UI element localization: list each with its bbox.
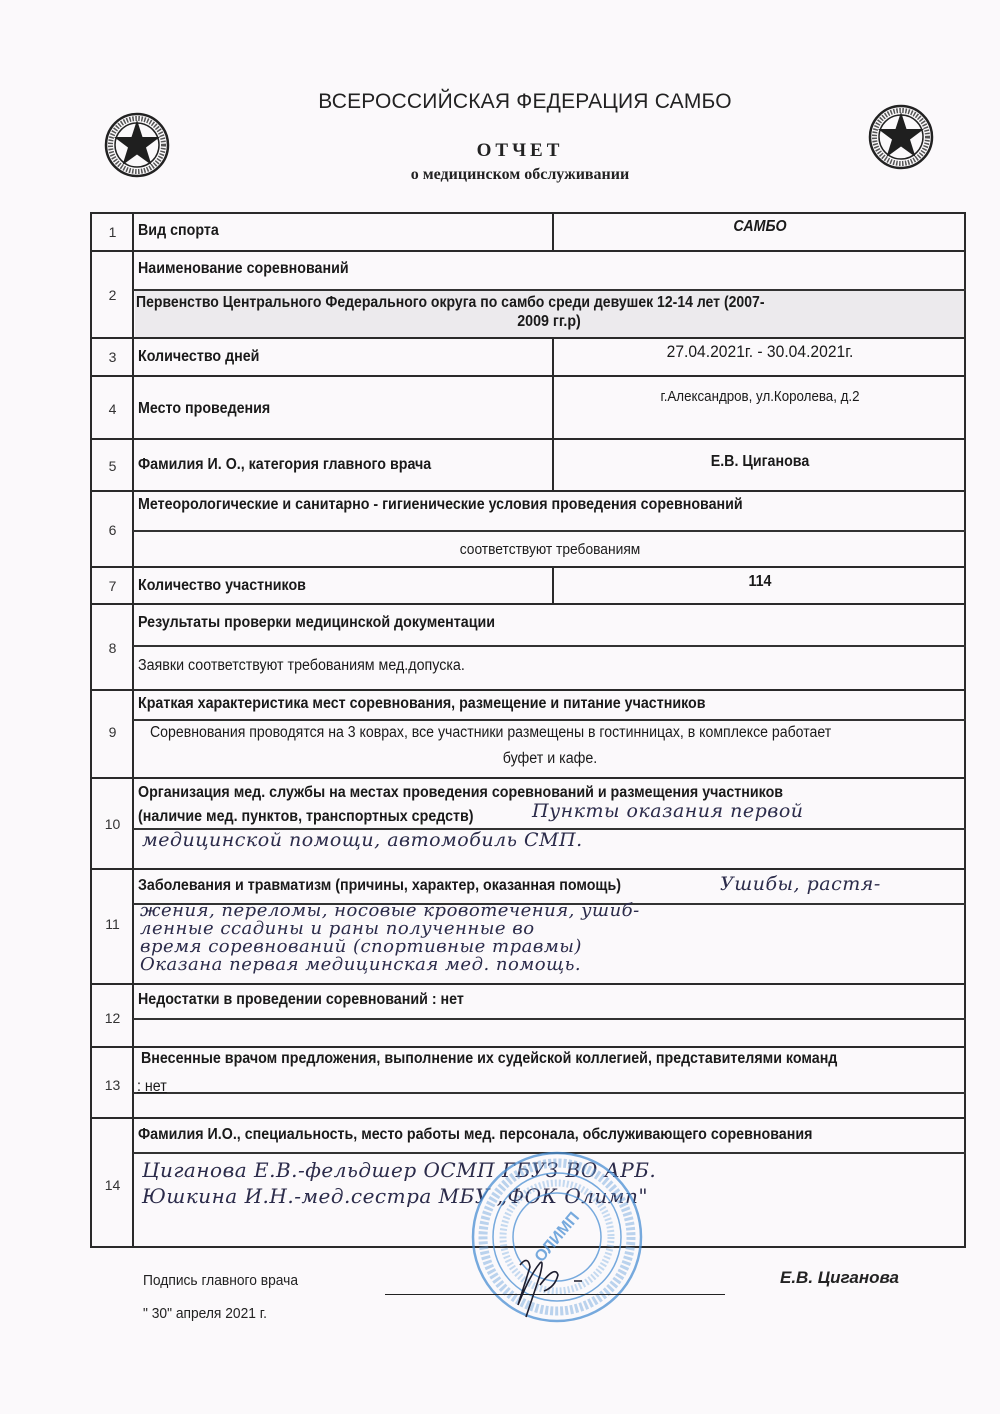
row-label-sport: Вид спорта (138, 222, 219, 240)
row-number: 8 (92, 640, 133, 656)
row-label-proposals: Внесенные врачом предложения, выполнение… (141, 1050, 837, 1068)
row-divider (90, 603, 966, 605)
row-label-venue: Место проведения (138, 400, 270, 418)
row-divider (90, 983, 966, 985)
dates-value: 27.04.2021г. - 30.04.2021г. (570, 342, 949, 362)
subrow-divider (133, 719, 966, 721)
row-label-shortcomings: Недостатки в проведении соревнований : н… (138, 991, 464, 1009)
row-divider (90, 490, 966, 492)
row-label-conditions: Метеорологические и санитарно - гигиенич… (138, 496, 743, 514)
row-number: 7 (92, 578, 133, 594)
report-date: " 30" апреля 2021 г. (143, 1305, 267, 1322)
row-divider (90, 1117, 966, 1119)
handwritten-injuries-5: Оказана первая медицинская мед. помощь. (140, 954, 581, 975)
signature-label: Подпись главного врача (143, 1272, 298, 1289)
row-label-med-staff: Фамилия И.О., специальность, место работ… (138, 1126, 812, 1144)
row-number: 14 (92, 1177, 133, 1193)
row-number: 6 (92, 522, 133, 538)
handwritten-med-service-1: Пункты оказания первой (532, 800, 804, 822)
row-number: 5 (92, 458, 133, 474)
handwritten-med-service-2: медицинской помощи, автомобиль СМП. (142, 829, 583, 851)
star-emblem-icon (868, 104, 934, 170)
row-number: 11 (92, 916, 133, 932)
participants-value: 114 (570, 573, 949, 591)
subrow-divider (133, 1018, 966, 1020)
row-number: 13 (92, 1077, 133, 1093)
chief-doctor-value: Е.В. Циганова (570, 453, 949, 471)
value-column-divider (552, 337, 554, 490)
row-divider (90, 566, 966, 568)
row-number: 1 (92, 224, 133, 240)
competition-name-line2: 2009 гг.р) (167, 313, 931, 331)
subrow-divider (133, 289, 966, 291)
row-divider (90, 375, 966, 377)
row-label-days: Количество дней (138, 348, 259, 366)
competition-name-line1: Первенство Центрального Федерального окр… (136, 294, 764, 312)
row-number: 2 (92, 287, 133, 303)
row-divider (90, 777, 966, 779)
proposals-value: : нет (137, 1078, 167, 1096)
row-label-docs-check: Результаты проверки медицинской документ… (138, 614, 495, 632)
value-column-divider (552, 566, 554, 604)
row-label-chief-doctor: Фамилия И. О., категория главного врача (138, 456, 431, 474)
chief-doctor-name: Е.В. Циганова (780, 1268, 899, 1288)
subrow-divider (133, 530, 966, 532)
sport-value: САМБО (570, 218, 949, 236)
subrow-divider (133, 1092, 966, 1094)
row-divider (90, 1046, 966, 1048)
signature-mark-icon (500, 1245, 620, 1325)
row-label-participants: Количество участников (138, 577, 306, 595)
venue-characteristics-line2: буфет и кафе. (167, 750, 932, 768)
subrow-divider (133, 645, 966, 647)
venue-characteristics-line1: Соревнования проводятся на 3 коврах, все… (150, 724, 831, 742)
conditions-value: соответствуют требованиям (167, 541, 932, 558)
row-label-venue-characteristics: Краткая характеристика мест соревнования… (138, 695, 706, 713)
row-label-competition: Наименование соревнований (138, 260, 349, 278)
venue-value: г.Александров, ул.Королева, д.2 (570, 389, 949, 405)
row-number: 12 (92, 1010, 133, 1026)
row-number: 9 (92, 724, 133, 740)
row-number: 10 (92, 816, 133, 832)
row-divider (90, 868, 966, 870)
row-divider (90, 438, 966, 440)
row-divider (90, 689, 966, 691)
row-number: 4 (92, 401, 133, 417)
docs-check-value: Заявки соответствуют требованиям мед.доп… (138, 657, 465, 675)
value-column-divider (552, 212, 554, 251)
handwritten-injuries-1: Ушибы, растя- (720, 873, 881, 895)
row-label-med-service-2: (наличие мед. пунктов, транспортных сред… (138, 808, 474, 826)
federation-title: ВСЕРОССИЙСКАЯ ФЕДЕРАЦИЯ САМБО (0, 90, 1000, 114)
row-label-injuries: Заболевания и травматизм (причины, харак… (138, 877, 621, 895)
row-number: 3 (92, 349, 133, 365)
star-emblem-icon (104, 112, 170, 178)
row-divider (90, 250, 966, 252)
row-divider (90, 337, 966, 339)
